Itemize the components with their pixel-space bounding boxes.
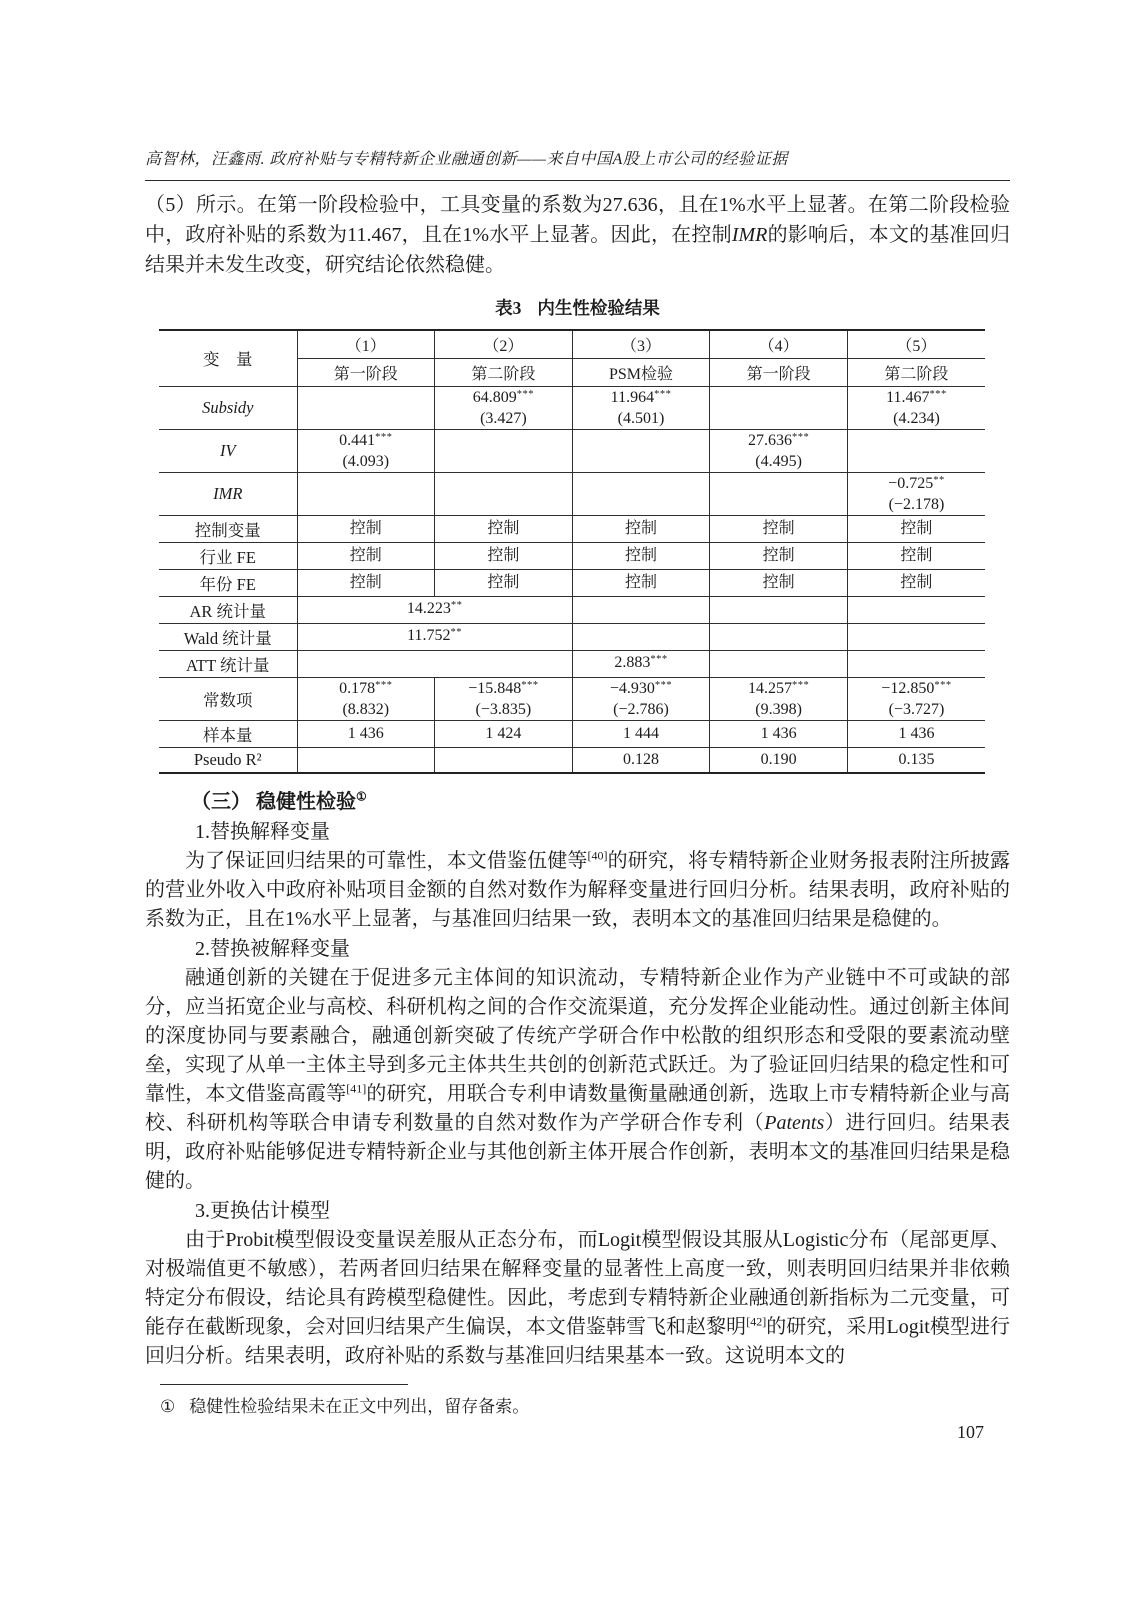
column-number-header: （1） <box>297 330 435 358</box>
row-label: 行业 FE <box>159 542 297 569</box>
table-cell: 控制 <box>572 542 710 569</box>
table-cell: 1 436 <box>297 720 435 747</box>
subsection-2-title: 2.替换被解释变量 <box>145 935 1010 964</box>
cell-value: 11.752** <box>300 626 570 647</box>
subsection-3-title: 3.更换估计模型 <box>145 1197 1010 1226</box>
table-cell: 0.178***(8.832) <box>297 677 435 720</box>
row-label: Pseudo R² <box>159 747 297 773</box>
significance-stars: *** <box>654 389 671 400</box>
row-label: 常数项 <box>159 677 297 720</box>
cell-value: 控制 <box>712 573 845 592</box>
table-body: Subsidy 64.809***(3.427)11.964***(4.501)… <box>159 386 985 773</box>
page-number: 107 <box>957 1422 984 1443</box>
table-row: 控制变量控制控制控制控制控制 <box>159 515 985 542</box>
cell-tstat: (4.234) <box>850 409 983 428</box>
cell-value: 14.223** <box>300 599 570 620</box>
cell-value: 11.964*** <box>575 388 708 409</box>
table-cell: 0.441***(4.093) <box>297 429 435 472</box>
cell-value: 控制 <box>850 519 983 538</box>
table-cell <box>435 472 573 515</box>
table-cell: 控制 <box>297 542 435 569</box>
table-cell: 0.128 <box>572 747 710 773</box>
column-stage-header: 第二阶段 <box>435 358 573 386</box>
significance-stars: ** <box>451 627 463 638</box>
table-cell: 控制 <box>710 515 848 542</box>
cell-value: −15.848*** <box>437 679 570 700</box>
table-cell <box>847 596 985 623</box>
column-number-header: （3） <box>572 330 710 358</box>
superscript-ref: [42] <box>746 1314 766 1328</box>
row-label: 样本量 <box>159 720 297 747</box>
table-cell: −0.725**(−2.178) <box>847 472 985 515</box>
cell-value: 控制 <box>575 546 708 565</box>
table-row: 样本量1 4361 4241 4441 4361 436 <box>159 720 985 747</box>
cell-value: 控制 <box>850 546 983 565</box>
cell-value: 1 444 <box>575 724 708 743</box>
table-cell: 控制 <box>710 569 848 596</box>
table-cell-merged <box>297 650 572 677</box>
cell-value: 控制 <box>300 573 433 592</box>
table-row: AR 统计量14.223** <box>159 596 985 623</box>
cell-value: 1 436 <box>712 724 845 743</box>
table-cell <box>710 596 848 623</box>
variable-column-header: 变 量 <box>159 330 297 386</box>
table-cell: −15.848***(−3.835) <box>435 677 573 720</box>
cell-tstat: (−3.835) <box>437 700 570 719</box>
footnote: ①稳健性检验结果未在正文中列出，留存备索。 <box>160 1394 980 1420</box>
cell-value: −4.930*** <box>575 679 708 700</box>
table-row: ATT 统计量 2.883*** <box>159 650 985 677</box>
footnote-text: 稳健性检验结果未在正文中列出，留存备索。 <box>189 1397 529 1416</box>
cell-tstat: (4.501) <box>575 409 708 428</box>
cell-value: 0.128 <box>575 750 708 769</box>
table-cell-merged: 11.752** <box>297 623 572 650</box>
table-row: 年份 FE控制控制控制控制控制 <box>159 569 985 596</box>
table-cell <box>710 623 848 650</box>
table-title: 表3内生性检验结果 <box>145 295 1010 320</box>
significance-stars: *** <box>517 389 534 400</box>
table-row: Wald 统计量11.752** <box>159 623 985 650</box>
table-cell: 64.809***(3.427) <box>435 386 573 429</box>
column-stage-header: 第一阶段 <box>710 358 848 386</box>
table-cell: 控制 <box>435 515 573 542</box>
table-cell: 14.257***(9.398) <box>710 677 848 720</box>
table-row: 行业 FE控制控制控制控制控制 <box>159 542 985 569</box>
table-cell: 控制 <box>297 569 435 596</box>
cell-value: 27.636*** <box>712 431 845 452</box>
cell-value: 11.467*** <box>850 388 983 409</box>
cell-tstat: (8.832) <box>300 700 433 719</box>
table-cell <box>297 472 435 515</box>
table-cell <box>435 747 573 773</box>
table-title-text: 内生性检验结果 <box>537 298 660 318</box>
cell-value: −0.725** <box>850 474 983 495</box>
row-label: IMR <box>159 472 297 515</box>
column-stage-header: 第二阶段 <box>847 358 985 386</box>
superscript-ref: ① <box>356 789 367 803</box>
column-number-header: （5） <box>847 330 985 358</box>
table-cell <box>297 747 435 773</box>
table-cell <box>847 650 985 677</box>
subsection-1-paragraph: 为了保证回归结果的可靠性，本文借鉴伍健等[40]的研究，将专精特新企业财务报表附… <box>145 847 1010 934</box>
cell-value: 1 436 <box>850 724 983 743</box>
row-label: IV <box>159 429 297 472</box>
table-cell-merged: 14.223** <box>297 596 572 623</box>
cell-tstat: (−2.786) <box>575 700 708 719</box>
significance-stars: *** <box>655 680 672 691</box>
significance-stars: ** <box>451 600 463 611</box>
table-cell <box>435 429 573 472</box>
table-cell <box>572 596 710 623</box>
table-row: IMR −0.725**(−2.178) <box>159 472 985 515</box>
table-row: Subsidy 64.809***(3.427)11.964***(4.501)… <box>159 386 985 429</box>
table-title-label: 表3 <box>495 298 521 318</box>
cell-value: 控制 <box>437 519 570 538</box>
cell-tstat: (−2.178) <box>850 495 983 514</box>
section-heading: （三） 稳健性检验① <box>145 788 1010 817</box>
significance-stars: *** <box>792 432 809 443</box>
table-cell: 1 436 <box>847 720 985 747</box>
significance-stars: *** <box>934 680 951 691</box>
superscript-ref: [40] <box>588 848 608 862</box>
table-cell: 控制 <box>297 515 435 542</box>
significance-stars: *** <box>375 680 392 691</box>
footnote-rule <box>160 1384 408 1385</box>
cell-tstat: (3.427) <box>437 409 570 428</box>
column-number-header: （2） <box>435 330 573 358</box>
significance-stars: *** <box>792 680 809 691</box>
table-cell: −12.850***(−3.727) <box>847 677 985 720</box>
subsection-3-paragraph: 由于Probit模型假设变量误差服从正态分布，而Logit模型假设其服从Logi… <box>145 1226 1010 1371</box>
significance-stars: *** <box>375 432 392 443</box>
table-cell: 控制 <box>847 542 985 569</box>
table-row: IV0.441***(4.093) 27.636***(4.495) <box>159 429 985 472</box>
significance-stars: *** <box>521 680 538 691</box>
table-cell: 控制 <box>435 569 573 596</box>
significance-stars: *** <box>650 654 667 665</box>
cell-value: 0.135 <box>850 750 983 769</box>
subsection-1-title: 1.替换解释变量 <box>145 818 1010 847</box>
table-cell: 2.883*** <box>572 650 710 677</box>
table-cell: 控制 <box>435 542 573 569</box>
table-cell <box>847 429 985 472</box>
intro-paragraph: （5）所示。在第一阶段检验中，工具变量的系数为27.636，且在1%水平上显著。… <box>145 190 1010 280</box>
text-segment: IMR <box>732 224 768 246</box>
cell-value: 14.257*** <box>712 679 845 700</box>
row-label: AR 统计量 <box>159 596 297 623</box>
table-cell: 控制 <box>572 515 710 542</box>
table-cell: 控制 <box>710 542 848 569</box>
table-head: 变 量（1）（2）（3）（4）（5）第一阶段第二阶段PSM检验第一阶段第二阶段 <box>159 330 985 386</box>
cell-value: 64.809*** <box>437 388 570 409</box>
table-cell: 0.135 <box>847 747 985 773</box>
cell-value: 控制 <box>300 519 433 538</box>
running-head: 高智林，汪鑫雨. 政府补贴与专精特新企业融通创新——来自中国A股上市公司的经验证… <box>145 146 1010 181</box>
cell-value: 0.178*** <box>300 679 433 700</box>
superscript-ref: [41] <box>346 1081 366 1095</box>
column-stage-header: PSM检验 <box>572 358 710 386</box>
row-label: Wald 统计量 <box>159 623 297 650</box>
table-cell: −4.930***(−2.786) <box>572 677 710 720</box>
cell-value: 控制 <box>850 573 983 592</box>
cell-value: 控制 <box>300 546 433 565</box>
table-cell: 控制 <box>847 515 985 542</box>
table-header-row-numbers: 变 量（1）（2）（3）（4）（5） <box>159 330 985 358</box>
cell-value: 0.441*** <box>300 431 433 452</box>
table-cell: 11.467***(4.234) <box>847 386 985 429</box>
cell-value: 2.883*** <box>575 653 708 674</box>
cell-tstat: (−3.727) <box>850 700 983 719</box>
cell-value: −12.850*** <box>850 679 983 700</box>
table-row: Pseudo R² 0.1280.1900.135 <box>159 747 985 773</box>
cell-value: 控制 <box>437 546 570 565</box>
cell-value: 控制 <box>437 573 570 592</box>
cell-value: 控制 <box>712 546 845 565</box>
table-cell: 控制 <box>572 569 710 596</box>
table-cell <box>847 623 985 650</box>
cell-tstat: (4.495) <box>712 452 845 471</box>
table-cell: 0.190 <box>710 747 848 773</box>
cell-value: 控制 <box>575 573 708 592</box>
significance-stars: ** <box>933 475 945 486</box>
cell-value: 0.190 <box>712 750 845 769</box>
table-cell <box>572 472 710 515</box>
text-segment: （三） 稳健性检验 <box>191 791 356 813</box>
subsection-2-paragraph: 融通创新的关键在于促进多元主体间的知识流动，专精特新企业作为产业链中不可或缺的部… <box>145 964 1010 1196</box>
table-cell <box>572 429 710 472</box>
table-row: 常数项0.178***(8.832)−15.848***(−3.835)−4.9… <box>159 677 985 720</box>
significance-stars: *** <box>930 389 947 400</box>
table-cell <box>572 623 710 650</box>
column-stage-header: 第一阶段 <box>297 358 435 386</box>
row-label: Subsidy <box>159 386 297 429</box>
cell-value: 1 436 <box>300 724 433 743</box>
cell-tstat: (9.398) <box>712 700 845 719</box>
row-label: 控制变量 <box>159 515 297 542</box>
table-cell <box>710 386 848 429</box>
table-cell: 1 444 <box>572 720 710 747</box>
table-cell: 11.964***(4.501) <box>572 386 710 429</box>
table-cell: 控制 <box>847 569 985 596</box>
cell-value: 控制 <box>712 519 845 538</box>
table-cell: 1 424 <box>435 720 573 747</box>
cell-value: 控制 <box>575 519 708 538</box>
cell-value: 1 424 <box>437 724 570 743</box>
footnote-marker: ① <box>160 1397 175 1416</box>
table-cell: 27.636***(4.495) <box>710 429 848 472</box>
column-number-header: （4） <box>710 330 848 358</box>
table-cell <box>710 472 848 515</box>
endogeneity-table: 变 量（1）（2）（3）（4）（5）第一阶段第二阶段PSM检验第一阶段第二阶段 … <box>159 329 985 774</box>
cell-tstat: (4.093) <box>300 452 433 471</box>
table-cell <box>710 650 848 677</box>
text-segment: 为了保证回归结果的可靠性，本文借鉴伍健等 <box>185 850 588 872</box>
row-label: 年份 FE <box>159 569 297 596</box>
text-segment: Patents <box>764 1112 824 1134</box>
table-cell: 1 436 <box>710 720 848 747</box>
table-cell <box>297 386 435 429</box>
row-label: ATT 统计量 <box>159 650 297 677</box>
page-content: 高智林，汪鑫雨. 政府补贴与专精特新企业融通创新——来自中国A股上市公司的经验证… <box>145 146 1010 1371</box>
